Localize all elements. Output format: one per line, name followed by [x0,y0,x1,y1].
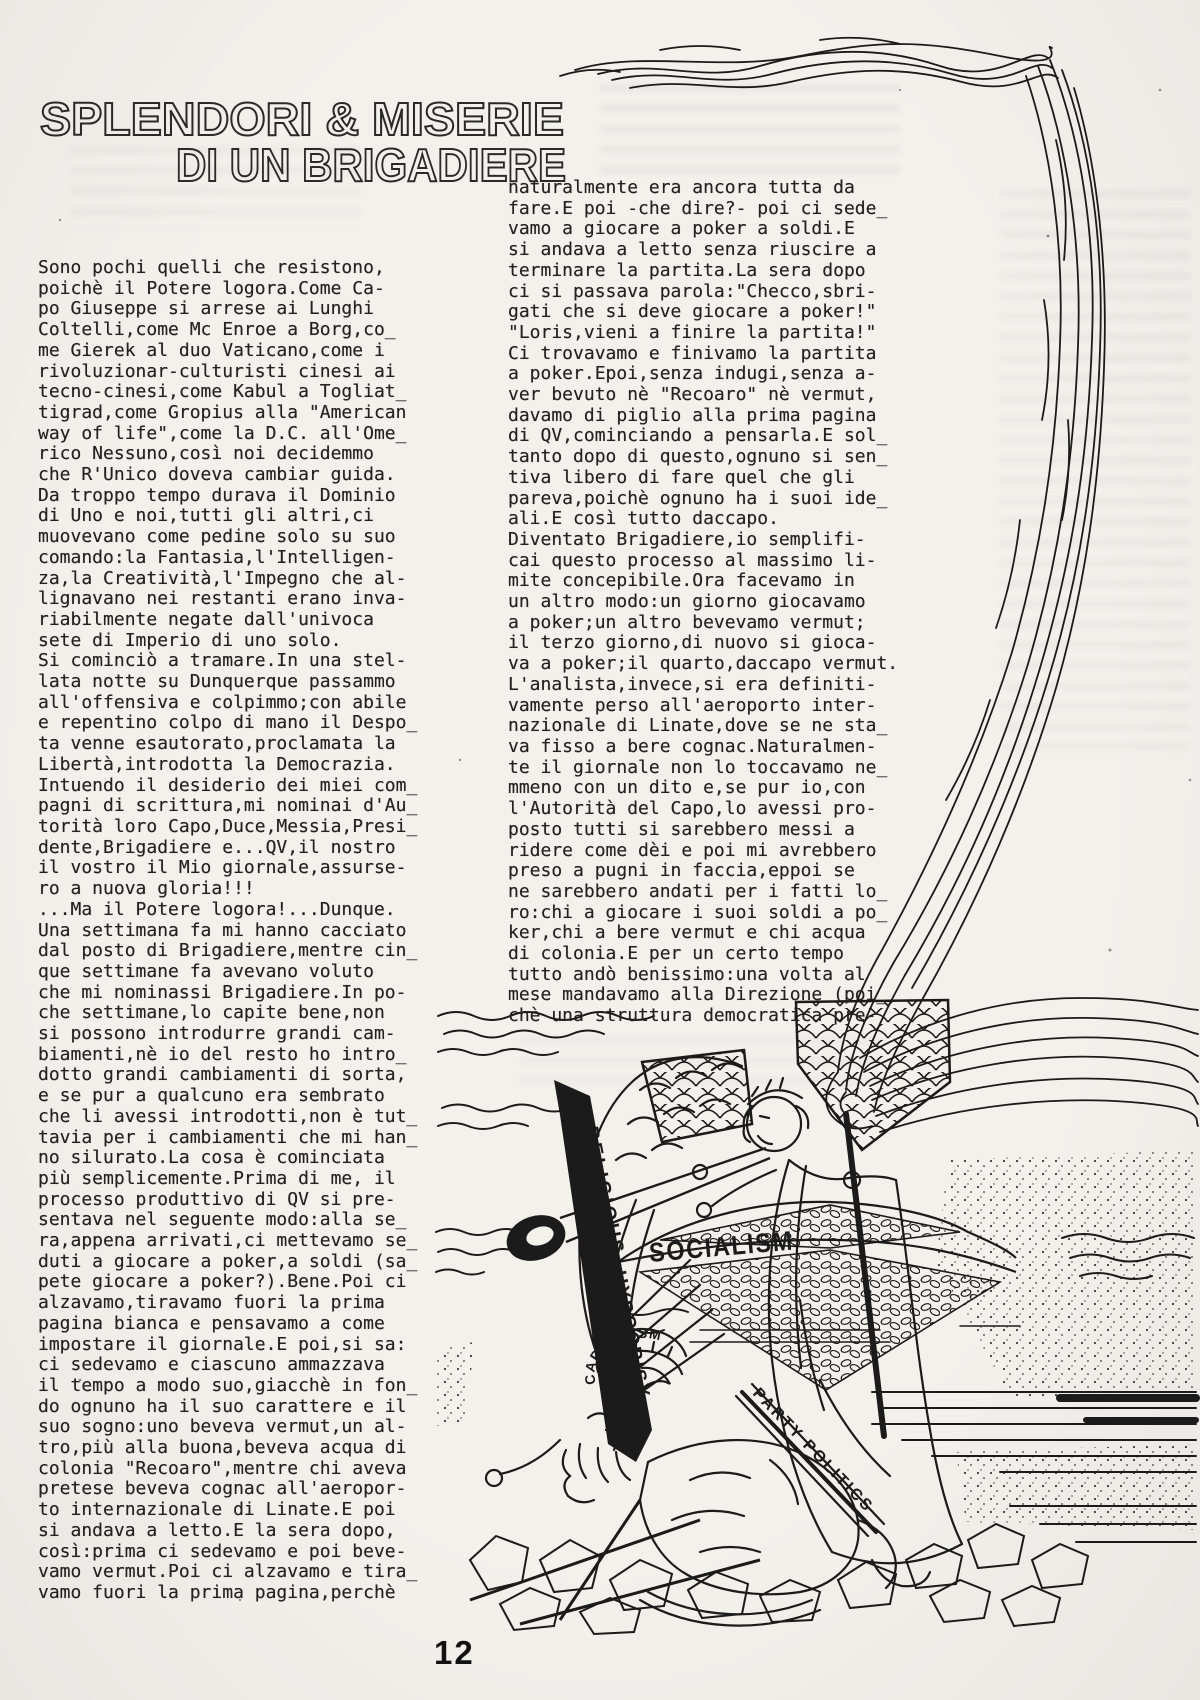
right-text-column: naturalmente era ancora tutta da fare.E … [508,178,1000,1027]
text-layer: SPLENDORI & MISERIE DI UN BRIGADIERE Son… [0,0,1200,1700]
scanned-page: RELIGIOUS HYPOCRISY SOCIALISM [0,0,1200,1700]
page-number: 12 [434,1634,475,1672]
left-text-column: Sono pochi quelli che resistono, poichè … [38,258,520,1604]
article-title-line1: SPLENDORI & MISERIE [40,93,564,145]
